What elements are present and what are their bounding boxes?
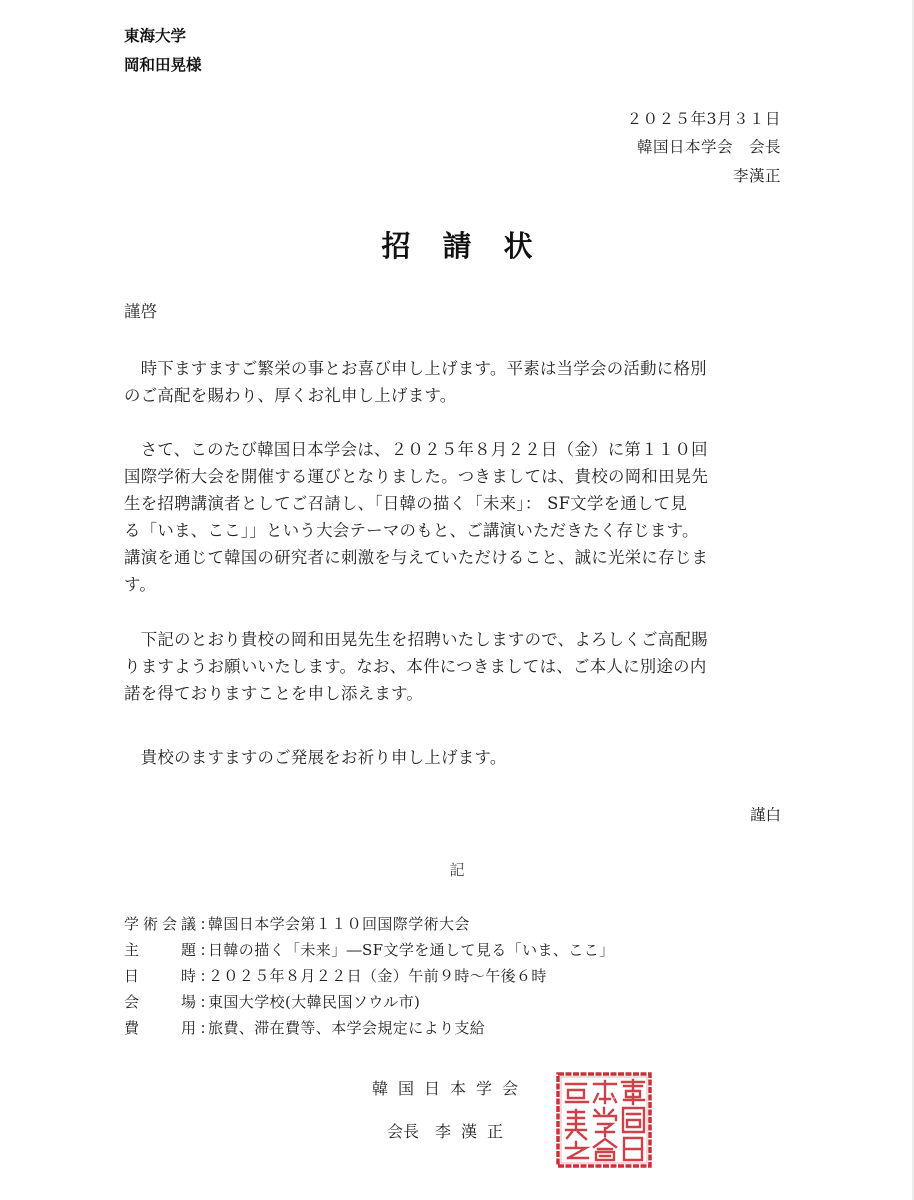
label-char: 学 (124, 911, 139, 937)
detail-value: 日韓の描く「未来」―SF文学を通して見る「いま、ここ」 (208, 937, 615, 963)
paragraph-line: 時下ますますご繁栄の事とお喜び申し上げます。平素は当学会の活動に格別 (124, 355, 784, 382)
label-char: 時 (181, 963, 196, 989)
paragraph-line: る「いま、ここ」」という大会テーマのもと、ご講演いただきたく存じます。 (124, 517, 784, 544)
paragraph-line: 貴校のますますのご発展をお祈り申し上げます。 (124, 744, 784, 771)
paragraph-line: 下記のとおり貴校の岡和田晃先生を招聘いたしますので、よろしくご高配賜 (124, 626, 784, 653)
title-char: 招 (381, 229, 410, 263)
label-char: 費 (124, 1015, 139, 1041)
label-char: 場 (181, 989, 196, 1015)
detail-row-datetime: 日時 : ２０２５年８月２２日（金）午前９時～午後６時 (124, 963, 615, 989)
detail-value: 韓国日本学会第１１０回国際学術大会 (208, 911, 470, 937)
paragraph-line: りますようお願いいたします。なお、本件につきましては、ご本人に別途の内 (124, 653, 784, 680)
detail-colon: : (198, 911, 208, 937)
paragraph-request: 下記のとおり貴校の岡和田晃先生を招聘いたしますので、よろしくご高配賜 りますよう… (124, 626, 784, 707)
detail-colon: : (198, 963, 208, 989)
detail-colon: : (198, 1015, 208, 1041)
detail-label: 学術会議 (124, 911, 196, 937)
detail-row-expenses: 費用 : 旅費、滞在費等、本学会規定により支給 (124, 1015, 615, 1041)
detail-label: 費用 (124, 1015, 196, 1041)
label-char: 議 (181, 911, 196, 937)
detail-row-conference: 学術会議 : 韓国日本学会第１１０回国際学術大会 (124, 911, 615, 937)
sender-organization: 韓国日本学会 会長 (637, 135, 781, 157)
label-char: 会 (162, 911, 177, 937)
paragraph-line: 国際学術大会を開催する運びとなりました。つきましては、貴校の岡和田晃先 (124, 463, 784, 490)
detail-value: ２０２５年８月２２日（金）午前９時～午後６時 (208, 963, 547, 989)
detail-row-theme: 主題 : 日韓の描く「未来」―SF文学を通して見る「いま、ここ」 (124, 937, 615, 963)
sender-name: 李漢正 (733, 164, 781, 186)
official-seal-icon (556, 1072, 652, 1168)
detail-colon: : (198, 989, 208, 1015)
label-char: 題 (181, 937, 196, 963)
title-char: 状 (504, 229, 533, 263)
detail-value: 旅費、滞在費等、本学会規定により支給 (208, 1015, 485, 1041)
paragraph-greeting: 時下ますますご繁栄の事とお喜び申し上げます。平素は当学会の活動に格別 のご高配を… (124, 355, 784, 409)
paragraph-line: す。 (124, 571, 784, 598)
detail-label: 会場 (124, 989, 196, 1015)
paragraph-line: 諾を得ておりますことを申し添えます。 (124, 680, 784, 707)
label-char: 日 (124, 963, 139, 989)
event-details: 学術会議 : 韓国日本学会第１１０回国際学術大会 主題 : 日韓の描く「未来」―… (124, 911, 615, 1041)
detail-colon: : (198, 937, 208, 963)
paragraph-line: 生を招聘講演者としてご召請し、「日韓の描く「未来」： SF文学を通して見 (124, 490, 784, 517)
signature-organization: 韓国日本学会 (372, 1076, 528, 1099)
ki-heading: 記 (0, 859, 914, 880)
recipient-name: 岡和田晃様 (124, 53, 202, 75)
recipient-institution: 東海大学 (124, 24, 186, 46)
label-char: 主 (124, 937, 139, 963)
paragraph-line: 講演を通じて韓国の研究者に刺激を与えていただけること、誠に光栄に存じま (124, 544, 784, 571)
title-char: 請 (442, 229, 471, 263)
detail-label: 主題 (124, 937, 196, 963)
label-char: 用 (181, 1015, 196, 1041)
document-title: 招請状 (0, 224, 914, 265)
detail-value: 東国大学校(大韓民国ソウル市) (208, 989, 420, 1015)
paragraph-wishes: 貴校のますますのご発展をお祈り申し上げます。 (124, 744, 784, 771)
salutation: 謹啓 (124, 298, 784, 325)
label-char: 術 (143, 911, 158, 937)
paragraph-line: さて、このたび韓国日本学会は、２０２５年８月２２日（金）に第１１０回 (124, 436, 784, 463)
letter-date: ２０２５年3月３１日 (627, 107, 781, 129)
signature-name: 李漢正 (435, 1122, 513, 1141)
detail-row-venue: 会場 : 東国大学校(大韓民国ソウル市) (124, 989, 615, 1015)
signature-name-line: 会長李漢正 (387, 1119, 513, 1142)
signature-title: 会長 (387, 1122, 419, 1141)
label-char: 会 (124, 989, 139, 1015)
closing: 謹白 (750, 803, 781, 825)
paragraph-invitation: さて、このたび韓国日本学会は、２０２５年８月２２日（金）に第１１０回 国際学術大… (124, 436, 784, 598)
paragraph-line: のご高配を賜わり、厚くお礼申し上げます。 (124, 382, 784, 409)
detail-label: 日時 (124, 963, 196, 989)
